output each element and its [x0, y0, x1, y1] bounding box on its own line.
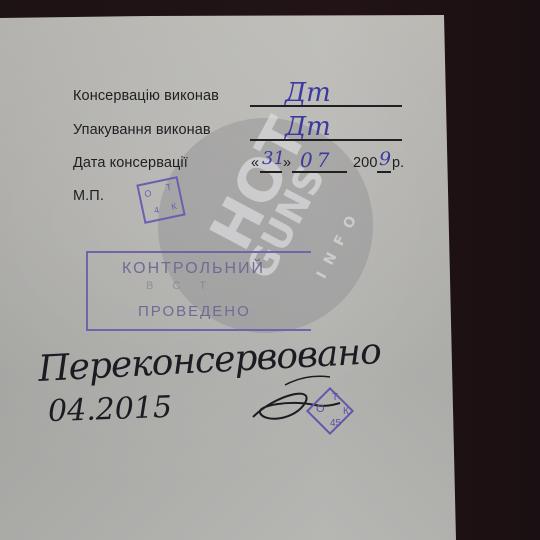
otk-number: 45	[330, 418, 341, 429]
handwritten-date: 04.2015	[47, 390, 172, 429]
date-month: 07	[300, 148, 333, 172]
date-open-quote: «	[251, 155, 259, 171]
small-stamp-number: 4	[153, 205, 160, 216]
control-stamp-line2: В С Т	[146, 280, 214, 292]
signature-packing: Дт	[285, 112, 331, 142]
date-day-line	[260, 171, 282, 173]
small-otk-stamp: О Т К 4	[136, 176, 185, 224]
otk-letter-t: Т	[332, 392, 338, 403]
signature-preservation: Дт	[285, 78, 331, 108]
control-stamp: КОНТРОЛЬНИЙ В С Т ПРОВЕДЕНО	[86, 251, 311, 331]
control-stamp-line3: ПРОВЕДЕНО	[138, 303, 251, 320]
otk-letter-o: О	[316, 403, 325, 415]
date-year-unit: р.	[392, 155, 404, 171]
field-label-date: Дата консервації	[73, 155, 188, 171]
otk-letter-k: К	[343, 406, 349, 417]
date-year-line	[377, 171, 391, 173]
date-day: 31	[262, 148, 285, 169]
date-close-quote: »	[283, 155, 291, 171]
small-stamp-letter-k: К	[170, 201, 177, 212]
field-label-packing: Упакування виконав	[73, 122, 211, 138]
date-year-suffix: 9	[379, 148, 391, 170]
seal-place-label: М.П.	[73, 188, 104, 204]
date-year-prefix: 200	[353, 155, 378, 171]
field-label-preservation: Консервацію виконав	[73, 88, 219, 104]
small-stamp-letter-o: О	[143, 188, 152, 199]
small-stamp-letter-t: Т	[165, 182, 172, 193]
control-stamp-line1: КОНТРОЛЬНИЙ	[122, 260, 265, 278]
